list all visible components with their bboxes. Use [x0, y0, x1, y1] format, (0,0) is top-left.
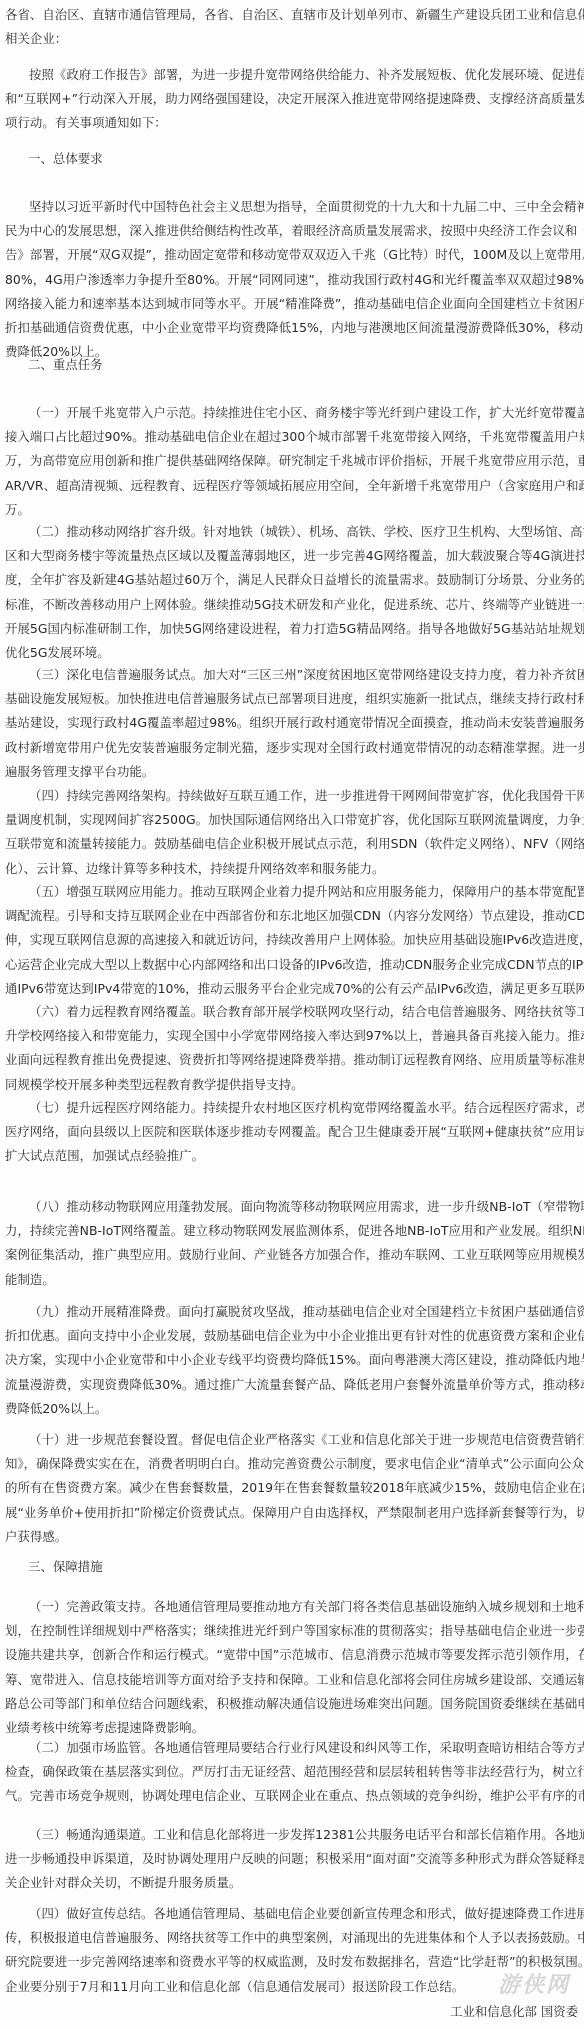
paragraph-line: 政村新增宽带用户优先安装普遍服务定制光猫，逐步实现对全国行政村通宽带情况的动态精…: [5, 736, 583, 760]
paragraph-line: 心运营企业完成大型以上数据中心内部网络和出口设备的IPv6改造，推动CDN服务企…: [5, 953, 583, 977]
measure-paragraph: （四）做好宣传总结。各地通信管理局、基础电信企业要创新宣传理念和形式，做好提速降…: [5, 1902, 583, 1999]
paragraph-line: （五）增强互联网应用能力。推动互联网企业着力提升网站和应用服务能力，保障用户的基…: [5, 880, 583, 904]
paragraph-line: 知》，确保降费实实在在，消费者明明白白。推动完善资费公示制度，要求电信企业“清单…: [5, 1452, 583, 1476]
paragraph-line: 业面向远程教育推出免费提速、资费折扣等网络提速降费举措。推动制订远程教育网络、应…: [5, 1048, 583, 1072]
paragraph-line: 户获得感。: [5, 1525, 583, 1549]
task-paragraph: （三）深化电信普遍服务试点。加大对“三区三州”深度贫困地区宽带网络建设支持力度，…: [5, 663, 583, 784]
paragraph-line: 路总公司等部门和单位结合问题线索，积极推动解决通信设施进场难突出问题。国务院国资…: [5, 1692, 583, 1716]
paragraph-line: （七）提升远程医疗网络能力。持续提升农村地区医疗机构宽带网络覆盖水平。结合远程医…: [5, 1096, 583, 1120]
paragraph-line: 决方案，实现中小企业宽带和中小企业专线平均资费均降低15%。面向粤港澳大湾区建设…: [5, 1348, 583, 1372]
paragraph-line: 基站建设，实现行政村4G覆盖率超过98%。组织开展行政村通宽带情况全面摸查，推动…: [5, 711, 583, 735]
task-paragraph: （六）着力远程教育网络覆盖。联合教育部开展学校联网攻坚行动，结合电信普遍服务、网…: [5, 1000, 583, 1097]
task-paragraph: （二）推动移动网络扩容升级。针对地铁（城铁）、机场、高铁、学校、医疗卫生机构、大…: [5, 520, 583, 665]
paragraph-line: 的所有在售资费方案。减少在售套餐数量，2019年在售套餐数量较2018年底减少1…: [5, 1476, 583, 1500]
paragraph-line: 万。: [5, 498, 583, 522]
paragraph-line: 能制造。: [5, 1268, 583, 1292]
paragraph-line: 伸，实现互联网信息源的高速接入和就近访问，持续改善用户上网体验。加快应用基础设施…: [5, 928, 583, 952]
paragraph-line: 开展5G国内标准研制工作，加快5G网络建设进程，着力打造5G精品网络。指导各地做…: [5, 617, 583, 641]
task-paragraph: （五）增强互联网应用能力。推动互联网企业着力提升网站和应用服务能力，保障用户的基…: [5, 880, 583, 1001]
task-paragraph: （七）提升远程医疗网络能力。持续提升农村地区医疗机构宽带网络覆盖水平。结合远程医…: [5, 1096, 583, 1169]
task-paragraph: （十）进一步规范套餐设置。督促电信企业严格落实《工业和信息化部关于进一步规范电信…: [5, 1428, 583, 1549]
paragraph-line: 量调度机制，实现网间扩容2500G。加快国际通信网络出入口带宽扩容，优化国际互联…: [5, 808, 583, 832]
paragraph-line: 划，在控制性详细规划中严格落实；继续推进光纤到户等国家标准的贯彻落实；指导基础电…: [5, 1619, 583, 1643]
paragraph-line: 按照《政府工作报告》部署，为进一步提升宽带网络供给能力、补齐发展短板、优化发展环…: [5, 63, 583, 87]
paragraph-line: 优化5G发展环境。: [5, 641, 583, 665]
paragraph-line: 检查，确保政策在基层落实到位。严厉打击无证经营、超范围经营和层层转租转售等非法经…: [5, 1760, 583, 1784]
paragraph-line: 告》部署，开展“双G双提”，推动固定宽带和移动宽带双双迈入千兆（G比特）时代，1…: [5, 243, 583, 267]
paragraph-line: 升学校网络接入和带宽能力，实现全国中小学宽带网络接入率达到97%以上，普遍具备百…: [5, 1024, 583, 1048]
paragraph-line: 坚持以习近平新时代中国特色社会主义思想为指导，全面贯彻党的十九大和十九届二中、三…: [5, 195, 583, 219]
paragraph-line: 折扣优惠。面向支持中小企业发展，鼓励基础电信企业为中小企业推出更有针对性的优惠资…: [5, 1324, 583, 1348]
paragraph-line: 筹、宽带进入、信息技能培训等方面对给予支持和保障。工业和信息化部将会同住房城乡建…: [5, 1668, 583, 1692]
paragraph-line: （二）推动移动网络扩容升级。针对地铁（城铁）、机场、高铁、学校、医疗卫生机构、大…: [5, 520, 583, 544]
paragraph-line: 气。完善市场竞争规则，协调处理电信企业、互联网企业在重点、热点领域的竞争纠纷，维…: [5, 1784, 583, 1808]
paragraph-line: 关企业针对群众关切，不断提升服务质量。: [5, 1871, 583, 1895]
paragraph-line: 和“互联网+”行动深入开展，助力网络强国建设，决定开展深入推进宽带网络提速降费、…: [5, 87, 583, 111]
paragraph-line: 通IPv6带宽达到IPv4带宽的10%，推动云服务平台企业完成70%的公有云产品…: [5, 977, 583, 1001]
paragraph-line: 调配流程。引导和支持互联网企业在中西部省份和东北地区加强CDN（内容分发网络）节…: [5, 904, 583, 928]
section-title: 二、重点任务: [5, 353, 583, 377]
task-paragraph: （四）持续完善网络架构。持续做好互联互通工作，进一步推进骨干网网间带宽扩容，优化…: [5, 784, 583, 881]
task-paragraph: （八）推动移动物联网应用蓬勃发展。面向物流等移动物联网应用需求，进一步升级NB-…: [5, 1195, 583, 1292]
paragraph-line: 民为中心的发展思想，深入推进供给侧结构性改革，着眼经济高质量发展需求，按照中央经…: [5, 219, 583, 243]
paragraph-line: 标准，不断改善移动用户上网体验。继续推动5G技术研发和产业化，促进系统、芯片、终…: [5, 593, 583, 617]
paragraph-line: 设施共建共享，创新合作和运行模式。“宽带中国”示范城市、信息消费示范城市等要发挥…: [5, 1643, 583, 1667]
paragraph-line: 遍服务管理支撑平台功能。: [5, 760, 583, 784]
section1-paragraph: 坚持以习近平新时代中国特色社会主义思想为指导，全面贯彻党的十九大和十九届二中、三…: [5, 195, 583, 364]
paragraph-line: 接入端口占比超过90%。推动基础电信企业在超过300个城市部署千兆宽带接入网络，…: [5, 425, 583, 449]
paragraph-line: （四）做好宣传总结。各地通信管理局、基础电信企业要创新宣传理念和形式，做好提速降…: [5, 1902, 583, 1926]
measure-paragraph: （三）畅通沟通渠道。工业和信息化部将进一步发挥12381公共服务电话平台和部长信…: [5, 1823, 583, 1896]
paragraph-line: 医疗网络，面向县级以上医院和医联体逐步推动专网覆盖。配合卫生健康委开展“互联网+…: [5, 1120, 583, 1144]
task-paragraph: （九）推动开展精准降费。面向打赢脱贫攻坚战，推动基础电信企业对全国建档立卡贫困户…: [5, 1300, 583, 1421]
paragraph-line: 案例征集活动，推广典型应用。鼓励行业间、产业链各方加强合作，推动车联网、工业互联…: [5, 1243, 583, 1267]
paragraph-line: 同规模学校开展多种类型远程教育教学提供指导支持。: [5, 1073, 583, 1097]
paragraph-line: 基础设施发展短板。加快推进电信普遍服务试点已部署项目进度，组织实施新一批试点，继…: [5, 687, 583, 711]
paragraph-line: 折扣基础通信资费优惠，中小企业宽带平均资费降低15%，内地与港澳地区间流量漫游费…: [5, 316, 583, 340]
paragraph-line: （三）深化电信普遍服务试点。加大对“三区三州”深度贫困地区宽带网络建设支持力度，…: [5, 663, 583, 687]
signature: 工业和信息化部 国资委: [450, 2002, 578, 2022]
paragraph-line: 网络接入能力和速率基本达到城市同等水平。开展“精准降费”，推动基础电信企业面向全…: [5, 292, 583, 316]
section-title: 一、总体要求: [5, 147, 583, 171]
paragraph-line: 项行动。有关事项通知如下：: [5, 111, 583, 135]
paragraph-line: 进一步畅通投申诉渠道，及时协调处理用户反映的问题；积极采用“面对面”交流等多种形…: [5, 1847, 583, 1871]
salutation-line: 相关企业：: [5, 27, 583, 51]
section-heading: 二、重点任务: [5, 353, 583, 377]
paragraph-line: 传，积极报道电信普遍服务、网络扶贫等工作中的典型案例，对涌现出的先进集体和个人予…: [5, 1926, 583, 1950]
paragraph-line: 互联带宽和流量转接能力。鼓励基础电信企业积极开展试点示范，利用SDN（软件定义网…: [5, 832, 583, 856]
paragraph-line: 费降低20%以上。: [5, 1397, 583, 1421]
paragraph-line: 化）、云计算、边缘计算等多种技术，持续提升网络效率和服务能力。: [5, 857, 583, 881]
paragraph-line: （四）持续完善网络架构。持续做好互联互通工作，进一步推进骨干网网间带宽扩容，优化…: [5, 784, 583, 808]
paragraph-line: 力，持续完善NB-IoT网络覆盖。建立移动物联网发展监测体系，促进各地NB-Io…: [5, 1219, 583, 1243]
section-heading: 一、总体要求: [5, 147, 583, 171]
salutation-line: 各省、自治区、直辖市通信管理局，各省、自治区、直辖市及计划单列市、新疆生产建设兵…: [5, 3, 583, 27]
section-heading: 三、保障措施: [5, 1555, 583, 1579]
paragraph-line: 展“业务单价+使用折扣”阶梯定价资费试点。保障用户自由选择权，严禁限制老用户选择…: [5, 1501, 583, 1525]
paragraph-line: （九）推动开展精准降费。面向打赢脱贫攻坚战，推动基础电信企业对全国建档立卡贫困户…: [5, 1300, 583, 1324]
paragraph-line: （三）畅通沟通渠道。工业和信息化部将进一步发挥12381公共服务电话平台和部长信…: [5, 1823, 583, 1847]
paragraph-line: 80%，4G用户渗透率力争提升至80%。开展“同网同速”，推动我国行政村4G和光…: [5, 268, 583, 292]
paragraph-line: 研究院要进一步完善网络速率和资费水平等的权威监测，及时发布数据排名，营造“比学赶…: [5, 1950, 583, 1974]
section-title: 三、保障措施: [5, 1555, 583, 1579]
paragraph-line: 企业要分别于7月和11月向工业和信息化部（信息通信发展司）报送阶段工作总结。: [5, 1975, 583, 1999]
measure-paragraph: （二）加强市场监管。各地通信管理局要结合行业行风建设和纠风等工作，采取明查暗访相…: [5, 1736, 583, 1809]
paragraph-line: 扩大试点范围，加强试点经验推广。: [5, 1144, 583, 1168]
salutation: 各省、自治区、直辖市通信管理局，各省、自治区、直辖市及计划单列市、新疆生产建设兵…: [5, 3, 583, 51]
paragraph-line: 区和大型商务楼宇等流量热点区域以及覆盖薄弱地区，进一步完善4G网络覆盖，加大载波…: [5, 544, 583, 568]
paragraph-line: 万，为高带宽应用创新和推广提供基础网络保障。研究制定千兆城市评价指标，开展千兆宽…: [5, 449, 583, 473]
paragraph-line: （一）完善政策支持。各地通信管理局要推动地方有关部门将各类信息基础设施纳入城乡规…: [5, 1595, 583, 1619]
measure-paragraph: （一）完善政策支持。各地通信管理局要推动地方有关部门将各类信息基础设施纳入城乡规…: [5, 1595, 583, 1740]
paragraph-line: （二）加强市场监管。各地通信管理局要结合行业行风建设和纠风等工作，采取明查暗访相…: [5, 1736, 583, 1760]
paragraph-line: 流量漫游费，实现资费降低30%。通过推广大流量套餐产品、降低老用户套餐外流量单价…: [5, 1373, 583, 1397]
watermark-logo: 游侠网: [498, 1968, 570, 1999]
paragraph-line: （六）着力远程教育网络覆盖。联合教育部开展学校联网攻坚行动，结合电信普遍服务、网…: [5, 1000, 583, 1024]
paragraph-line: AR/VR、超高清视频、远程教育、远程医疗等领域拓展应用空间，全年新增千兆宽带用…: [5, 474, 583, 498]
task-paragraph: （一）开展千兆宽带入户示范。持续推进住宅小区、商务楼宇等光纤到户建设工作，扩大光…: [5, 401, 583, 522]
paragraph-line: （一）开展千兆宽带入户示范。持续推进住宅小区、商务楼宇等光纤到户建设工作，扩大光…: [5, 401, 583, 425]
paragraph-line: （十）进一步规范套餐设置。督促电信企业严格落实《工业和信息化部关于进一步规范电信…: [5, 1428, 583, 1452]
intro-paragraph: 按照《政府工作报告》部署，为进一步提升宽带网络供给能力、补齐发展短板、优化发展环…: [5, 63, 583, 136]
paragraph-line: （八）推动移动物联网应用蓬勃发展。面向物流等移动物联网应用需求，进一步升级NB-…: [5, 1195, 583, 1219]
paragraph-line: 度，全年扩容及新建4G基站超过60万个，满足人民群众日益增长的流量需求。鼓励制订…: [5, 568, 583, 592]
